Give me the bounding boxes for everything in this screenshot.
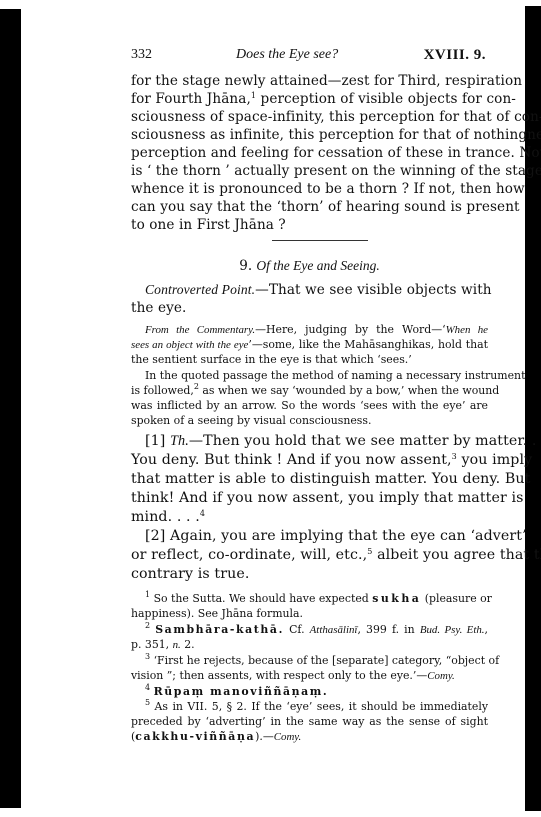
argument-line: You deny. But think ! And if you now ass… (131, 451, 488, 469)
footnote-5: 5 As in VII. 5, § 2. If the ‘eye’ sees, … (131, 699, 488, 714)
text-span: ’—some, like the Mahāsanghikas, hold tha… (248, 338, 488, 351)
text-span: You deny. But think ! And if you now ass… (131, 452, 452, 468)
text-span: Cf. (284, 623, 310, 636)
controverted-point: Controverted Point.—That we see visible … (131, 281, 488, 299)
running-title: Does the Eye see? (236, 47, 338, 63)
running-header: 332 Does the Eye see? XVIII. 9. (131, 47, 488, 67)
text-span: —That we see visible objects with (255, 282, 491, 298)
footnote-number: 5 (145, 698, 150, 707)
page-number: 332 (131, 47, 152, 63)
argument-line: [2] Again, you are implying that the eye… (131, 527, 488, 545)
source-abbrev: Comy. (427, 670, 455, 682)
argument-line: contrary is true. (131, 565, 488, 583)
footnote-line: vision ”; then assents, with respect onl… (131, 668, 488, 684)
text-span: vision ”; then assents, with respect onl… (131, 669, 427, 682)
text-span: 2. (181, 638, 195, 651)
section-heading: 9. Of the Eye and Seeing. (131, 258, 488, 274)
text-line: for the stage newly attained—zest for Th… (131, 72, 488, 90)
commentary-line: From the Commentary.—Here, judging by th… (131, 322, 488, 338)
pali-term: Rūpaṃ manoviññāṇaṃ. (154, 685, 329, 698)
argument-line: think! And if you now assent, you imply … (131, 489, 488, 507)
text-line: sciousness of space-infinity, this perce… (131, 108, 488, 126)
footnote-3: 3 ‘First he rejects, because of the [sep… (131, 653, 488, 668)
text-span: perception of visible objects for con- (261, 91, 516, 107)
text-span: mind. . . . (131, 509, 200, 525)
text-span: is followed, (131, 384, 194, 397)
footnote-number: 1 (145, 590, 150, 599)
footnote-number: 3 (145, 652, 150, 661)
pali-term: Sambhāra-kathā. (155, 623, 284, 636)
argument-line: mind. . . .4 (131, 508, 488, 526)
text-span: ).— (255, 730, 274, 743)
text-span: as when we say ‘wounded by a bow,’ when … (199, 384, 499, 397)
paragraph-marker: [1] (145, 433, 165, 449)
text-span: (pleasure or (421, 592, 492, 605)
section-title: Of the Eye and Seeing. (256, 258, 379, 273)
footnote-2: 2 Sambhāra-kathā. Cf. Atthasālinī, 399 f… (131, 622, 488, 638)
footnote-line: (cakkhu-viññāṇa).—Comy. (131, 729, 488, 745)
pali-term: cakkhu-viññāṇa (135, 730, 255, 743)
footnote-line: p. 351, n. 2. (131, 637, 488, 653)
footnote-line: happiness). See Jhāna formula. (131, 606, 488, 621)
text-span: As in VII. 5, § 2. If the ‘eye’ sees, it… (155, 700, 488, 713)
text-span: sees an object with the eye (131, 339, 248, 351)
text-span: When he (446, 324, 488, 336)
footnote-ref[interactable]: 4 (200, 509, 205, 518)
text-span: So the Sutta. We should have expected (154, 592, 373, 605)
commentary-line: was inflicted by an arrow. So the words … (131, 398, 488, 413)
commentary-line: the sentient surface in the eye is that … (131, 352, 488, 367)
text-line: to one in First Jhāna ? (131, 216, 488, 234)
book-page: 332 Does the Eye see? XVIII. 9. for the … (0, 0, 541, 817)
speaker-label: Th. (170, 433, 189, 449)
argument-line: or reflect, co-ordinate, will, etc.,5 al… (131, 546, 488, 564)
argument-line: that matter is able to distinguish matte… (131, 470, 488, 488)
commentary-label: From the Commentary. (145, 324, 255, 336)
footnote-line: preceded by ‘adverting’ in the same way … (131, 714, 488, 729)
footnote-number: 2 (145, 621, 150, 630)
section-number: 9. (239, 258, 252, 274)
text-span: —Here, judging by the Word—‘ (255, 323, 445, 336)
text-span: , (485, 623, 488, 636)
footnote-1: 1 So the Sutta. We should have expected … (131, 591, 488, 606)
commentary-line: spoken of a seeing by visual consciousne… (131, 413, 488, 428)
text-line: the eye. (131, 299, 488, 317)
text-line: perception and feeling for cessation of … (131, 144, 488, 162)
text-span: p. 351, (131, 638, 173, 651)
text-line: sciousness as infinite, this perception … (131, 126, 488, 144)
text-span: ‘First he rejects, because of the [separ… (154, 654, 500, 667)
text-span: , 399 f. in (357, 623, 419, 636)
text-line: can you say that the ‘thorn’ of hearing … (131, 198, 488, 216)
source-abbrev: Comy. (274, 731, 302, 743)
commentary-line: sees an object with the eye’—some, like … (131, 337, 488, 353)
text-line: whence it is pronounced to be a thorn ? … (131, 180, 488, 198)
text-span: you imply (457, 452, 532, 468)
text-span: for Fourth Jhāna, (131, 91, 251, 107)
text-span: albeit you agree that the (372, 547, 541, 563)
work-title: Atthasālinī (310, 624, 358, 636)
argument-line: [1] Th.—Then you hold that we see matter… (131, 432, 488, 450)
section-divider (272, 240, 368, 241)
pali-term: sukha (372, 592, 421, 605)
text-line: for Fourth Jhāna,1 perception of visible… (131, 90, 488, 108)
text-span: or reflect, co-ordinate, will, etc., (131, 547, 367, 563)
text-line: is ‘ the thorn ’ actually present on the… (131, 162, 488, 180)
footnote-number: 4 (145, 683, 150, 692)
controverted-label: Controverted Point. (145, 282, 255, 297)
footnote-ref[interactable]: 1 (251, 91, 256, 100)
commentary-line: In the quoted passage the method of nami… (131, 368, 488, 383)
commentary-line: is followed,2 as when we say ‘wounded by… (131, 383, 488, 398)
footnote-4: 4 Rūpaṃ manoviññāṇaṃ. (131, 684, 488, 699)
section-reference: XVIII. 9. (424, 47, 486, 64)
book-title: Bud. Psy. Eth. (420, 624, 485, 636)
text-span: —Then you hold that we see matter by mat… (189, 433, 541, 449)
text-span: n. (173, 639, 181, 651)
